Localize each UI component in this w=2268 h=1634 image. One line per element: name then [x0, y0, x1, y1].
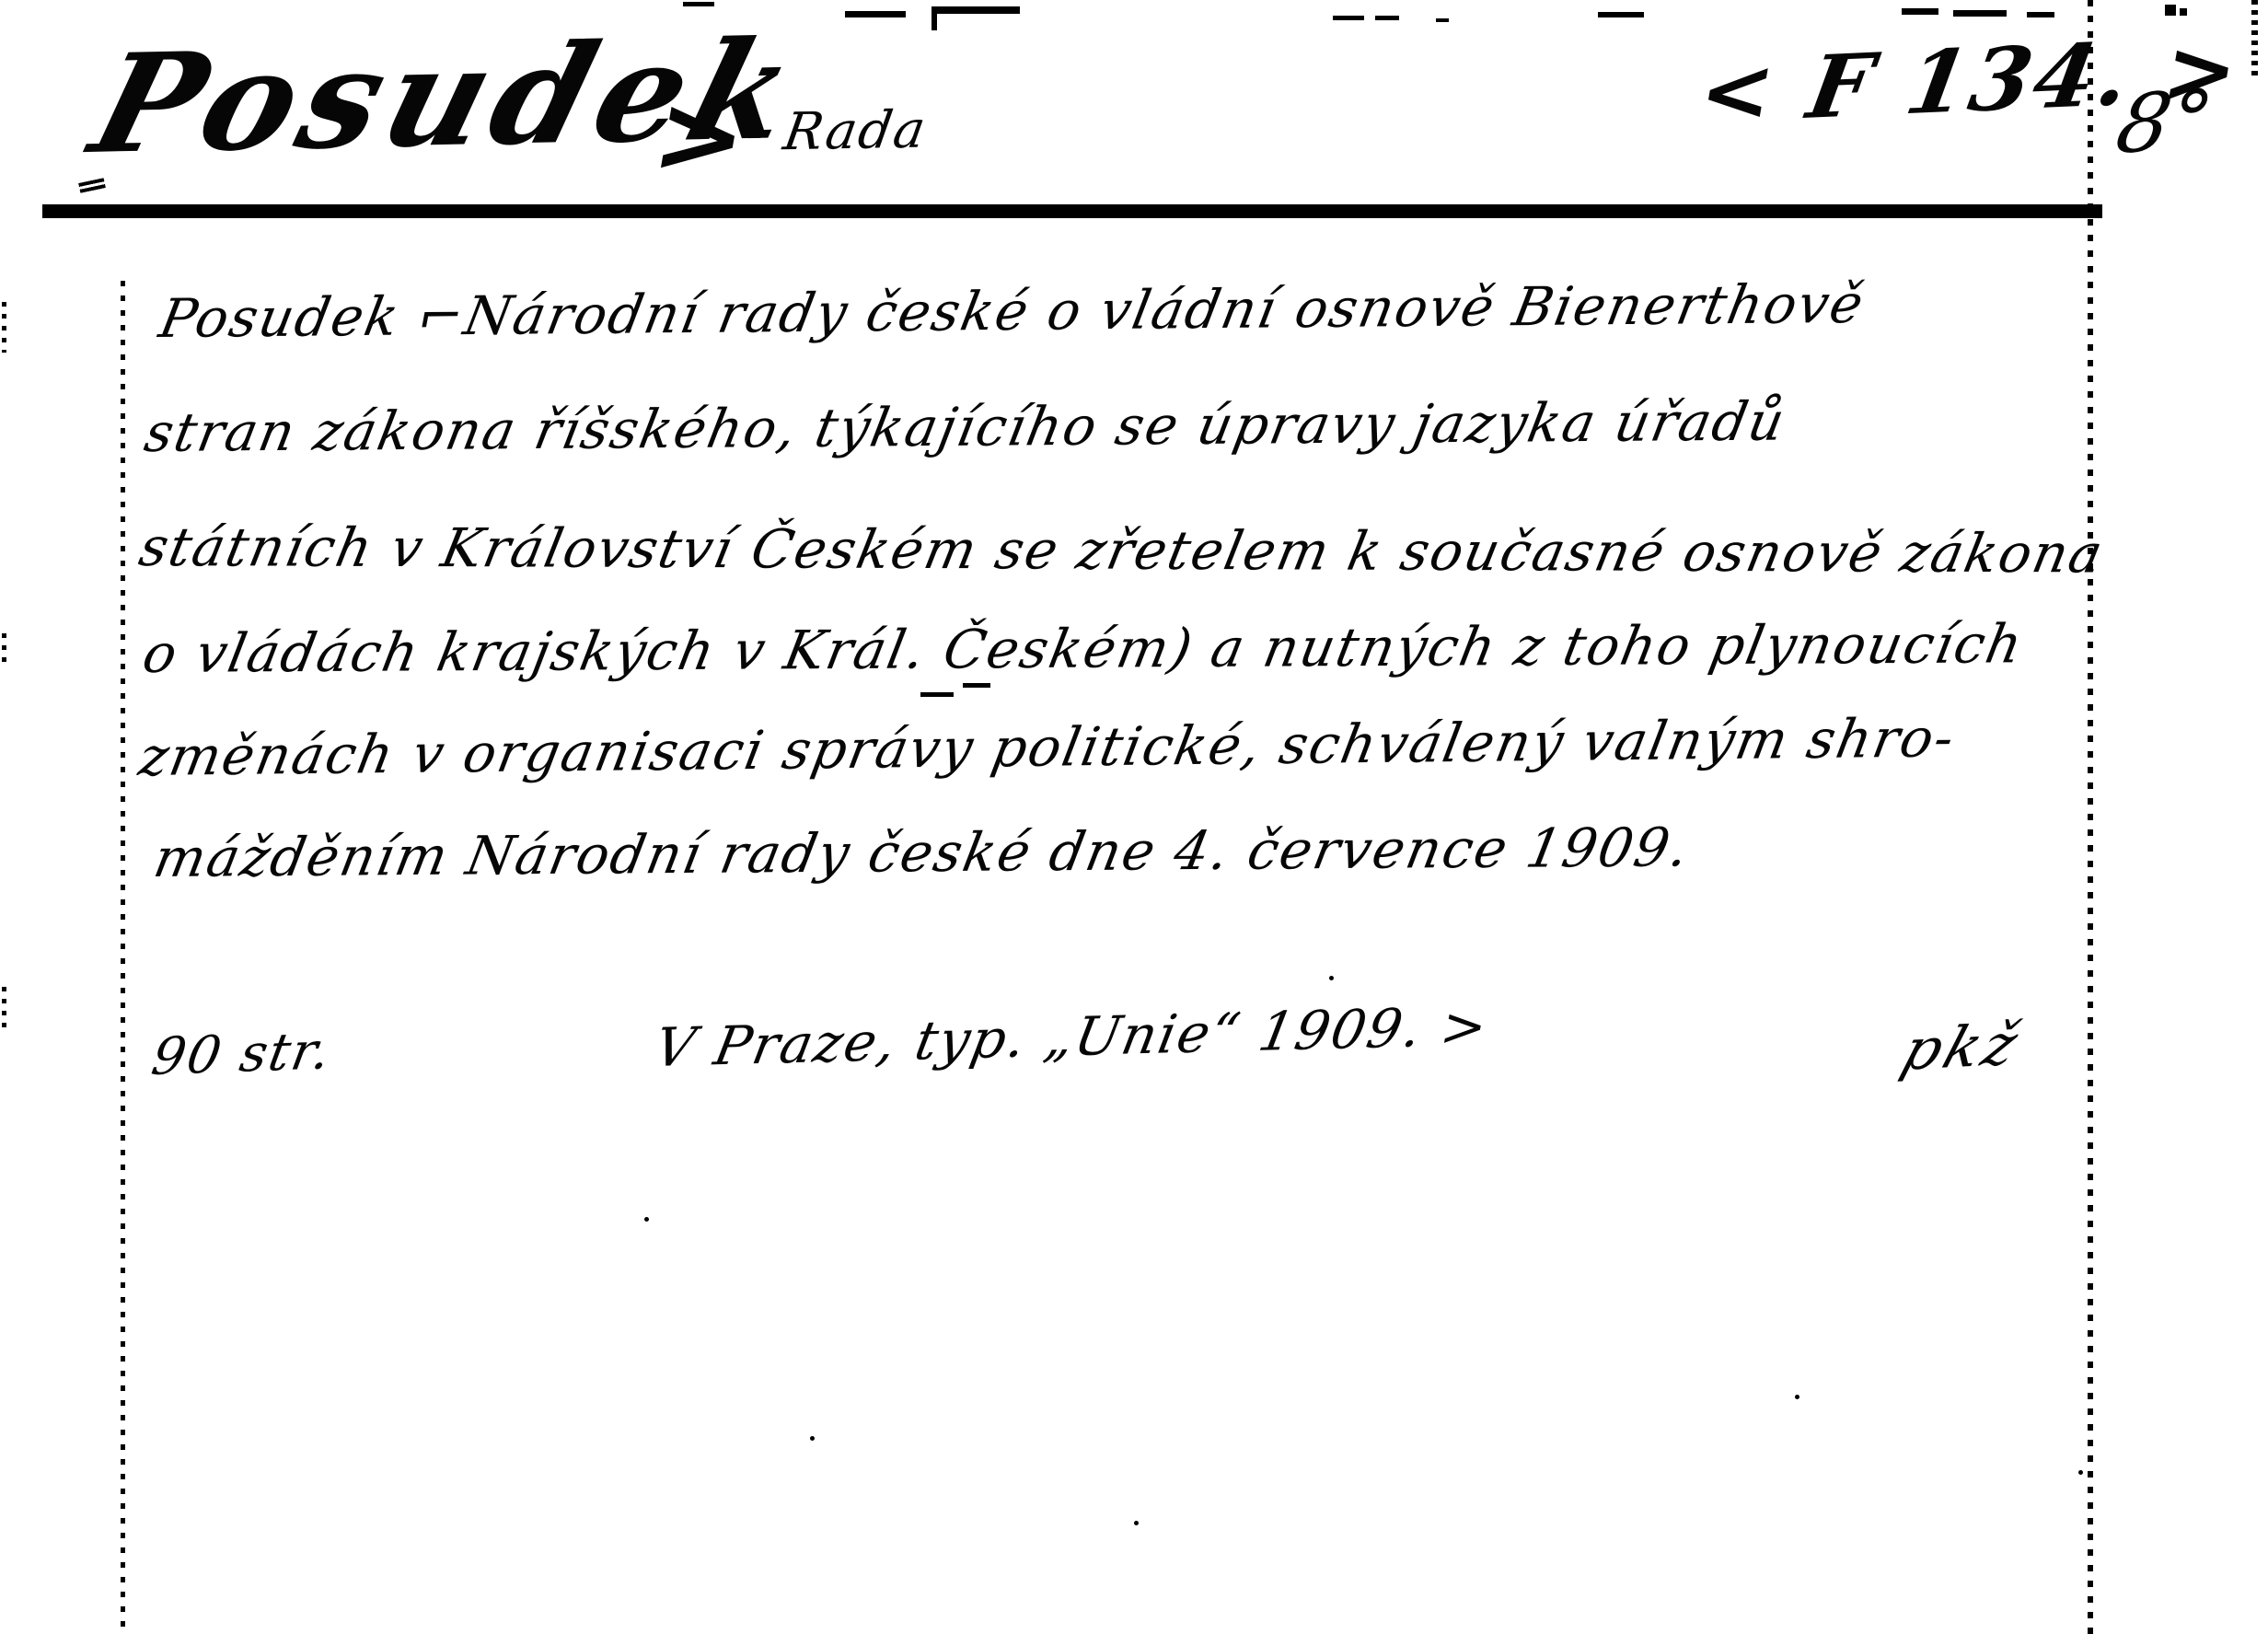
- scan-speckle: [1795, 1395, 1799, 1399]
- scan-noise-mark: [2165, 5, 2176, 16]
- body-line: změnách v organisaci správy politické, s…: [134, 706, 1961, 788]
- scan-noise-mark: [683, 2, 714, 6]
- header-rule: [42, 204, 2102, 218]
- left-edge-marks: [2, 633, 6, 665]
- scan-noise-mark: [931, 6, 937, 30]
- scan-noise-mark: [1902, 8, 1938, 15]
- body-line: mážděním Národní rady české dne 4. červe…: [149, 816, 1695, 889]
- extent-note: 90 str.: [147, 1021, 337, 1087]
- catalog-card: Posudek > - Rada < F 134. > 8° Posudek ⌐…: [0, 0, 2268, 1634]
- format-designation: 8°: [2110, 71, 2220, 172]
- scan-speckle: [1134, 1521, 1139, 1525]
- body-line: stran zákona říšského, týkajícího se úpr…: [140, 390, 1791, 464]
- body-line: o vládách krajských v Král. Českém) a nu…: [138, 612, 2029, 685]
- scan-noise-mark: [920, 692, 954, 697]
- body-line: státních v Království Českém se zřetelem…: [134, 516, 2110, 585]
- right-margin-line: [2088, 0, 2093, 1634]
- scan-noise-mark: [963, 683, 990, 688]
- scan-noise-mark: [1375, 16, 1399, 20]
- left-edge-marks: [2, 302, 6, 353]
- scan-noise-mark: [931, 6, 1020, 14]
- scan-noise-mark: [1598, 12, 1644, 17]
- scan-noise-mark: [845, 11, 906, 17]
- scan-speckle: [810, 1436, 815, 1441]
- scan-speckle: [644, 1217, 649, 1222]
- scan-speckle: [1329, 976, 1334, 980]
- scan-speckle: [2078, 1470, 2083, 1475]
- page-edge-line: [2251, 0, 2258, 81]
- scan-noise-mark: [1953, 10, 2007, 17]
- left-margin-line: [121, 281, 125, 1634]
- scan-noise-mark: [1436, 18, 1449, 22]
- scan-noise-mark: [2180, 8, 2187, 16]
- cataloguer-initials: pkž: [1894, 1011, 2030, 1084]
- left-edge-marks: [2, 987, 6, 1031]
- scan-noise-mark: [2027, 12, 2054, 17]
- imprint-note: V Praze, typ. „Unie“ 1909. >: [650, 994, 1494, 1079]
- body-line: Posudek ⌐Národní rady české o vládní osn…: [155, 272, 1869, 350]
- scan-noise-mark: [1333, 16, 1364, 20]
- title-annotation: - Rada: [742, 100, 931, 163]
